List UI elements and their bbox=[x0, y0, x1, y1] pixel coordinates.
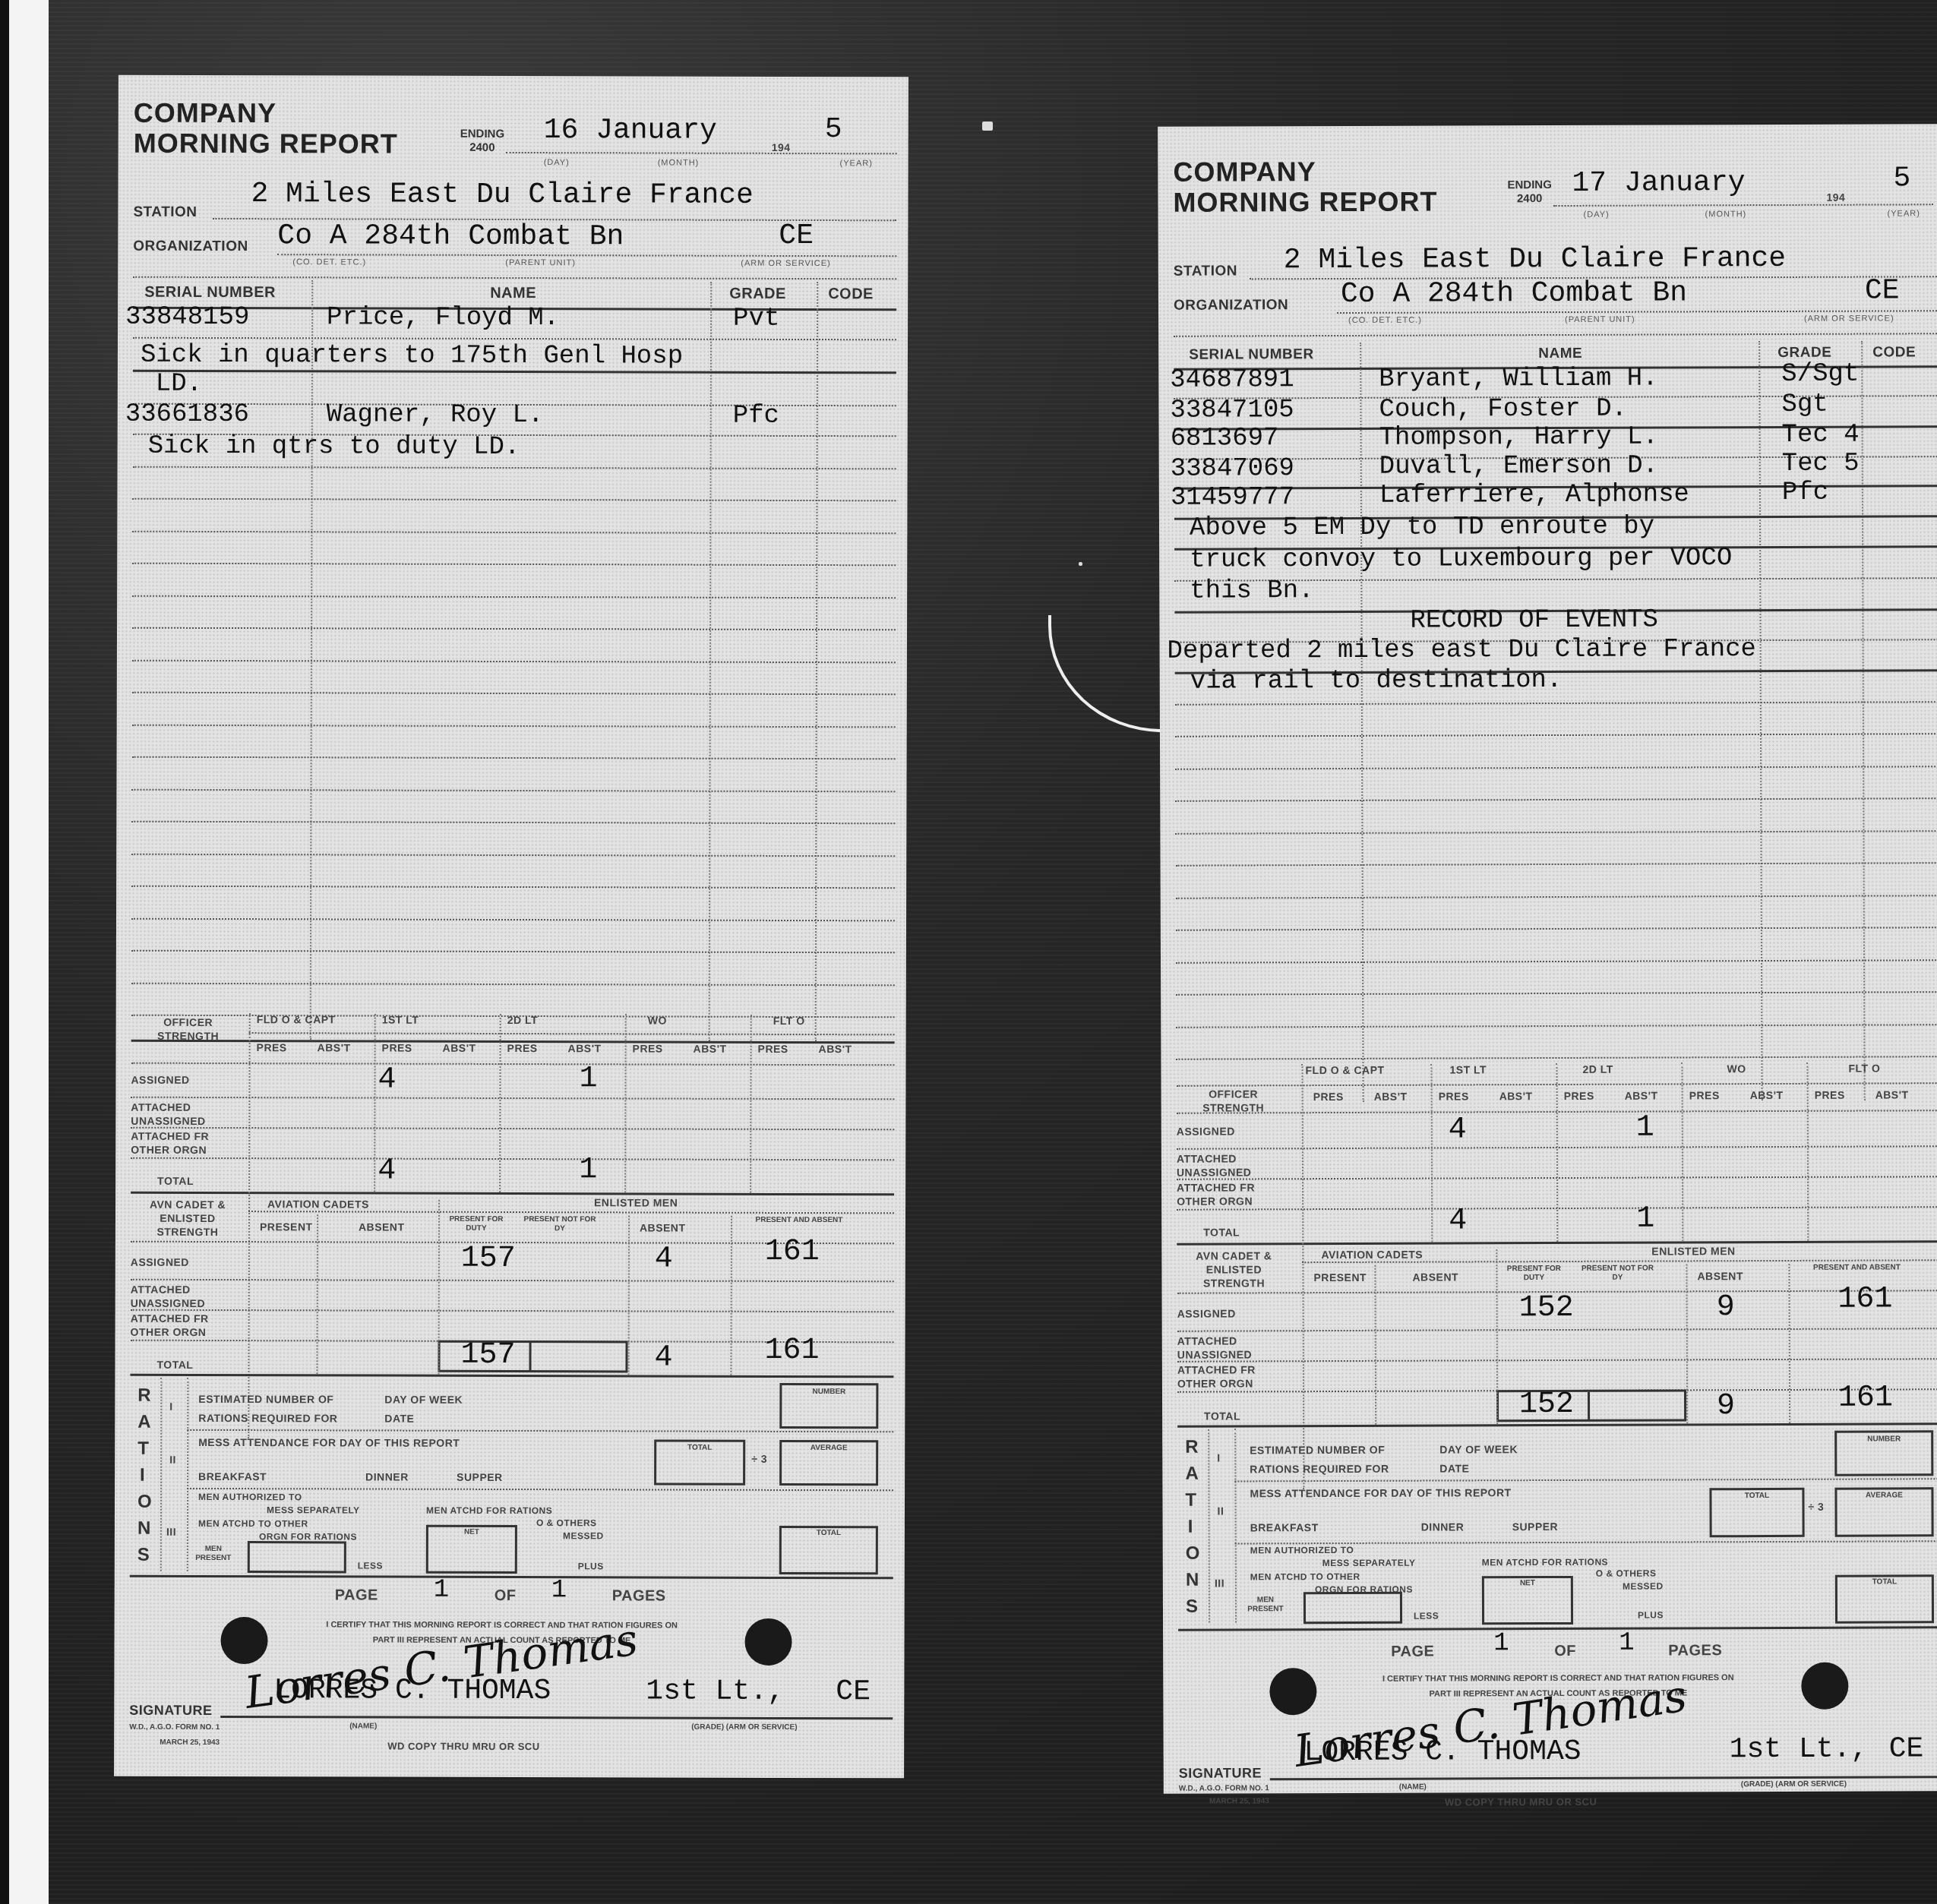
officer-strength-label: OFFICER STRENGTH bbox=[135, 1015, 242, 1043]
section-rule bbox=[131, 1192, 894, 1196]
aviation-cadets-header: AVIATION CADETS bbox=[267, 1198, 369, 1210]
ruled-line bbox=[131, 1097, 894, 1100]
present-for-duty-header: PRESENT FOR DUTY bbox=[1496, 1265, 1572, 1283]
total-absent: 9 bbox=[1717, 1389, 1735, 1423]
scan-edge-white bbox=[9, 0, 49, 1904]
year-digit: 5 bbox=[1893, 162, 1910, 194]
organization-value: Co A 284th Combat Bn bbox=[277, 219, 624, 253]
col-divider bbox=[160, 1378, 163, 1571]
ruled-line bbox=[131, 983, 895, 987]
rations-letter: T bbox=[137, 1438, 149, 1460]
group-1st-lt: 1ST LT bbox=[1449, 1063, 1487, 1075]
rations-letter: S bbox=[1186, 1596, 1198, 1618]
number-label: NUMBER bbox=[783, 1388, 874, 1397]
col-divider bbox=[1758, 341, 1762, 1100]
total-2d-lt-abst: 1 bbox=[1636, 1202, 1654, 1236]
ending-time: 2400 bbox=[1507, 192, 1551, 206]
ruled-line bbox=[131, 1157, 894, 1161]
ruled-line bbox=[133, 370, 896, 374]
entry-grade: Pfc bbox=[733, 402, 779, 431]
row-attached-other-orgn: ATTACHED FR OTHER ORGN bbox=[131, 1129, 245, 1157]
group-flt-o: FLT O bbox=[1848, 1063, 1880, 1075]
sub-abst: ABS'T bbox=[568, 1042, 602, 1054]
assigned-present-for-duty: 152 bbox=[1519, 1291, 1574, 1325]
title-line-2: MORNING REPORT bbox=[1173, 187, 1437, 218]
signer-grade: 1st Lt., bbox=[1730, 1733, 1869, 1767]
organization-value: Co A 284th Combat Bn bbox=[1341, 276, 1687, 311]
col-grade: GRADE bbox=[729, 286, 786, 303]
ruled-line bbox=[187, 1488, 893, 1491]
col-name: NAME bbox=[1538, 346, 1582, 362]
messed-label: MESSED bbox=[1623, 1581, 1664, 1592]
box-divider bbox=[1588, 1392, 1590, 1421]
col-divider bbox=[187, 1378, 189, 1571]
sub-abst: ABS'T bbox=[318, 1041, 351, 1053]
sub-pres: PRES bbox=[633, 1042, 663, 1054]
box-divider bbox=[529, 1343, 531, 1372]
ruled-line bbox=[1176, 991, 1937, 996]
caption-year: (YEAR) bbox=[1888, 209, 1920, 218]
signer-arm: CE bbox=[1889, 1732, 1924, 1765]
men-present-box[interactable] bbox=[248, 1541, 346, 1573]
col-grade: GRADE bbox=[1777, 345, 1831, 362]
average-label: AVERAGE bbox=[783, 1444, 874, 1453]
copy-note: WD COPY THRU MRU OR SCU bbox=[1445, 1796, 1597, 1808]
total-present-for-duty: 152 bbox=[1519, 1388, 1574, 1422]
date-line bbox=[1553, 204, 1933, 207]
sub-abst: ABS'T bbox=[1499, 1090, 1533, 1102]
supper-label: SUPPER bbox=[1512, 1520, 1559, 1533]
day-of-week-label: DAY OF WEEK bbox=[1439, 1443, 1518, 1455]
rations-letter: I bbox=[140, 1465, 145, 1486]
row-assigned: ASSIGNED bbox=[131, 1256, 189, 1268]
assigned-1st-lt-pres: 4 bbox=[378, 1063, 396, 1097]
ruled-line bbox=[132, 563, 896, 567]
col-serial-number: SERIAL NUMBER bbox=[1189, 346, 1314, 364]
rations-letter: S bbox=[137, 1545, 150, 1566]
ruled-line bbox=[133, 337, 896, 341]
less-label: LESS bbox=[1414, 1611, 1439, 1621]
col-divider bbox=[1556, 1063, 1558, 1242]
ruled-line bbox=[131, 886, 895, 889]
entry-remark: Above 5 EM Dy to TD enroute by bbox=[1190, 513, 1654, 543]
organization-label: ORGANIZATION bbox=[133, 238, 248, 255]
caption-co: (CO. DET. ETC.) bbox=[292, 257, 366, 267]
caption-day: (DAY) bbox=[544, 158, 570, 167]
station-value: 2 Miles East Du Claire France bbox=[1284, 242, 1786, 276]
dust-speck bbox=[982, 122, 993, 131]
entry-grade: Tec 5 bbox=[1782, 450, 1860, 478]
signature-label: SIGNATURE bbox=[129, 1703, 212, 1719]
ruled-line bbox=[131, 918, 895, 922]
entry-name: Couch, Foster D. bbox=[1379, 395, 1627, 425]
year-prefix: 194 bbox=[1826, 191, 1845, 204]
sub-abst: ABS'T bbox=[1750, 1089, 1784, 1101]
entry-remark: this Bn. bbox=[1190, 576, 1313, 606]
col-divider bbox=[499, 1014, 501, 1192]
plus-label: PLUS bbox=[578, 1561, 604, 1571]
assigned-absent: 9 bbox=[1717, 1290, 1735, 1325]
organization-label: ORGANIZATION bbox=[1174, 297, 1288, 314]
total-label: TOTAL bbox=[658, 1444, 741, 1453]
col-divider bbox=[627, 1215, 630, 1375]
entry-name: Wagner, Roy L. bbox=[327, 400, 544, 430]
group-fld-o-capt: FLD O & CAPT bbox=[1305, 1064, 1384, 1076]
total-present-and-absent: 161 bbox=[764, 1334, 819, 1368]
men-atchd-other-label: MEN ATCHD TO OTHER bbox=[1250, 1571, 1360, 1583]
group-2d-lt: 2D LT bbox=[1582, 1063, 1613, 1075]
net-label: NET bbox=[1486, 1579, 1569, 1588]
group-1st-lt: 1ST LT bbox=[382, 1014, 419, 1026]
ruled-line bbox=[187, 1429, 893, 1432]
assigned-absent: 4 bbox=[655, 1242, 673, 1276]
of-label: OF bbox=[1554, 1643, 1576, 1660]
ending-label: ENDING 2400 bbox=[460, 128, 504, 155]
grade-caption: (GRADE) (ARM OR SERVICE) bbox=[691, 1723, 797, 1732]
caption-co: (CO. DET. ETC.) bbox=[1348, 316, 1422, 325]
assigned-present-for-duty: 157 bbox=[461, 1242, 516, 1276]
plus-label: PLUS bbox=[1638, 1610, 1664, 1621]
entry-grade: Tec 4 bbox=[1782, 421, 1860, 450]
present-and-absent-header: PRESENT AND ABSENT bbox=[754, 1216, 845, 1225]
entry-serial: 34687891 bbox=[1170, 365, 1294, 395]
signature-line bbox=[220, 1716, 893, 1719]
col-divider bbox=[750, 1015, 752, 1193]
form-title: COMPANY MORNING REPORT bbox=[1173, 156, 1437, 218]
ruled-line bbox=[1176, 862, 1937, 867]
pages-label: PAGES bbox=[1668, 1642, 1722, 1659]
ruled-line bbox=[131, 1279, 894, 1283]
assigned-present-and-absent: 161 bbox=[765, 1235, 820, 1269]
average-label: AVERAGE bbox=[1838, 1491, 1929, 1500]
rations-letter: R bbox=[137, 1385, 150, 1407]
cadets-absent: ABSENT bbox=[1412, 1271, 1458, 1283]
ruled-line bbox=[1176, 927, 1937, 931]
sub-abst: ABS'T bbox=[1625, 1090, 1658, 1102]
signer-arm: CE bbox=[836, 1675, 871, 1708]
page-label: PAGE bbox=[1391, 1644, 1434, 1661]
page-number: 1 bbox=[1493, 1629, 1509, 1658]
entry-name: Laferriere, Alphonse bbox=[1379, 480, 1689, 510]
present-for-duty-header: PRESENT FOR DUTY bbox=[438, 1215, 514, 1233]
caption-arm: (ARM OR SERVICE) bbox=[1804, 314, 1894, 323]
sub-abst: ABS'T bbox=[1875, 1088, 1909, 1100]
form-date: MARCH 25, 1943 bbox=[160, 1738, 220, 1748]
punch-hole bbox=[1801, 1662, 1848, 1710]
ending-text: ENDING bbox=[1507, 178, 1551, 192]
assigned-present-and-absent: 161 bbox=[1837, 1282, 1892, 1316]
men-authorized-label: MEN AUTHORIZED TO bbox=[1250, 1545, 1354, 1555]
breakfast-label: BREAKFAST bbox=[198, 1470, 267, 1482]
row-attached-other-orgn: ATTACHED FR OTHER ORGN bbox=[131, 1312, 245, 1339]
col-divider bbox=[1430, 1064, 1433, 1242]
punch-hole bbox=[220, 1617, 267, 1664]
rations-letter: N bbox=[1186, 1570, 1199, 1591]
o-others-label: O & OTHERS bbox=[536, 1517, 597, 1528]
caption-parent: (PARENT UNIT) bbox=[505, 258, 576, 267]
sub-abst: ABS'T bbox=[819, 1043, 852, 1055]
sub-pres: PRES bbox=[1689, 1089, 1720, 1101]
rations-letter: A bbox=[137, 1412, 150, 1433]
col-divider bbox=[1374, 1265, 1376, 1425]
form-date: MARCH 25, 1943 bbox=[1209, 1797, 1269, 1806]
ruled-line bbox=[132, 660, 896, 664]
of-label: OF bbox=[495, 1587, 517, 1605]
ruled-line bbox=[131, 950, 895, 954]
ruled-line bbox=[1234, 1478, 1937, 1482]
rations-letter: N bbox=[137, 1518, 150, 1539]
entry-serial: 33847105 bbox=[1170, 396, 1294, 425]
pages-number: 1 bbox=[551, 1576, 567, 1605]
row-total: TOTAL bbox=[1203, 1226, 1240, 1238]
col-divider bbox=[1360, 343, 1363, 1102]
col-divider bbox=[1681, 1063, 1683, 1241]
ruled-line bbox=[132, 756, 896, 760]
row-attached-other-orgn: ATTACHED FR OTHER ORGN bbox=[1177, 1362, 1291, 1391]
present-and-absent-header: PRESENT AND ABSENT bbox=[1811, 1263, 1902, 1272]
col-divider bbox=[316, 1214, 318, 1374]
total-1st-lt-pres: 4 bbox=[1449, 1204, 1467, 1238]
group-2d-lt: 2D LT bbox=[507, 1014, 538, 1026]
organization-line bbox=[277, 254, 896, 257]
men-present-label: MEN PRESENT bbox=[1243, 1596, 1288, 1614]
section-iii: III bbox=[1215, 1577, 1224, 1590]
signer-name: LORRES C. THOMAS bbox=[1304, 1735, 1582, 1769]
event-remark: via rail to destination. bbox=[1190, 666, 1563, 696]
enlisted-strength-label: AVN CADET & ENLISTED STRENGTH bbox=[1180, 1249, 1287, 1290]
row-attached-unassigned: ATTACHED UNASSIGNED bbox=[1177, 1334, 1284, 1361]
estimated-label: ESTIMATED NUMBER OF bbox=[1250, 1444, 1385, 1457]
section-i: I bbox=[169, 1400, 172, 1413]
arm-or-service-value: CE bbox=[779, 219, 814, 252]
page-number: 1 bbox=[434, 1576, 450, 1605]
group-wo: WO bbox=[648, 1014, 667, 1026]
copy-note: WD COPY THRU MRU OR SCU bbox=[387, 1741, 540, 1753]
morning-report-jan-16: COMPANY MORNING REPORT ENDING 2400 16 Ja… bbox=[114, 75, 908, 1779]
event-remark: Departed 2 miles east Du Claire France bbox=[1168, 635, 1756, 666]
ruled-line bbox=[133, 466, 896, 470]
sub-pres: PRES bbox=[507, 1042, 538, 1054]
entry-remark: LD. bbox=[156, 370, 202, 399]
entry-serial: 33848159 bbox=[125, 303, 249, 332]
dinner-label: DINNER bbox=[365, 1471, 409, 1483]
mess-attendance-label: MESS ATTENDANCE FOR DAY OF THIS REPORT bbox=[198, 1436, 460, 1449]
row-total: TOTAL bbox=[157, 1175, 194, 1187]
enlisted-strength-label: AVN CADET & ENLISTED STRENGTH bbox=[134, 1198, 241, 1239]
group-fld-o-capt: FLD O & CAPT bbox=[257, 1013, 336, 1025]
caption-day: (DAY) bbox=[1584, 210, 1610, 219]
ruled-line bbox=[1176, 1024, 1937, 1028]
col-divider bbox=[730, 1216, 732, 1375]
form-title: COMPANY MORNING REPORT bbox=[134, 98, 398, 159]
scan-edge-black bbox=[0, 0, 9, 1904]
arm-or-service-value: CE bbox=[1865, 274, 1900, 307]
less-label: LESS bbox=[358, 1560, 383, 1571]
entry-name: Bryant, William H. bbox=[1379, 365, 1657, 394]
signer-grade: 1st Lt., bbox=[646, 1675, 785, 1707]
station-value: 2 Miles East Du Claire France bbox=[251, 178, 753, 212]
rations-letter: R bbox=[1185, 1437, 1198, 1458]
sub-pres: PRES bbox=[758, 1043, 788, 1055]
divide-by-3: ÷ 3 bbox=[1808, 1501, 1824, 1513]
caption-month: (MONTH) bbox=[1705, 210, 1747, 219]
ruled-line bbox=[131, 821, 895, 825]
total-absent: 4 bbox=[654, 1340, 672, 1375]
ruled-line bbox=[132, 692, 896, 696]
col-name: NAME bbox=[490, 285, 536, 302]
section-i: I bbox=[1217, 1452, 1220, 1464]
entry-remark: Sick in quarters to 175th Genl Hosp bbox=[141, 341, 683, 371]
rations-letter: O bbox=[1186, 1543, 1200, 1565]
estimated-label: ESTIMATED NUMBER OF bbox=[198, 1393, 333, 1405]
ruled-line bbox=[1177, 1358, 1937, 1362]
ruled-line bbox=[131, 1127, 894, 1131]
entry-grade: Pfc bbox=[1782, 478, 1828, 507]
caption-arm: (ARM OR SERVICE) bbox=[741, 259, 831, 268]
ruled-line bbox=[1175, 701, 1937, 706]
rations-letter: T bbox=[1185, 1490, 1196, 1511]
caption-year: (YEAR) bbox=[840, 159, 873, 168]
present-not-for-dy-header: PRESENT NOT FOR DY bbox=[1579, 1265, 1655, 1283]
aviation-cadets-header: AVIATION CADETS bbox=[1321, 1249, 1423, 1261]
col-divider bbox=[624, 1014, 627, 1192]
entry-remark: truck convoy to Luxembourg per VOCO bbox=[1190, 544, 1732, 574]
total-rations-label: TOTAL bbox=[1839, 1577, 1930, 1587]
col-code: CODE bbox=[1872, 344, 1916, 361]
col-serial-number: SERIAL NUMBER bbox=[144, 284, 276, 302]
required-label: RATIONS REQUIRED FOR bbox=[1250, 1463, 1389, 1476]
section-ii: II bbox=[1218, 1505, 1224, 1517]
ruled-line bbox=[249, 1032, 895, 1035]
row-total: TOTAL bbox=[156, 1359, 193, 1371]
row-attached-unassigned: ATTACHED UNASSIGNED bbox=[131, 1100, 237, 1128]
title-line-1: COMPANY bbox=[134, 98, 398, 129]
col-divider bbox=[1234, 1429, 1237, 1622]
sub-pres: PRES bbox=[1313, 1091, 1344, 1103]
section-rule bbox=[130, 1374, 893, 1378]
mess-separately-label: MESS SEPARATELY bbox=[267, 1505, 360, 1515]
cadets-present: PRESENT bbox=[1313, 1271, 1367, 1284]
breakfast-label: BREAKFAST bbox=[1250, 1521, 1319, 1533]
entry-serial: 31459777 bbox=[1171, 483, 1294, 513]
col-divider bbox=[1861, 341, 1865, 1100]
section-ii: II bbox=[169, 1454, 176, 1466]
ruled-line bbox=[1177, 1328, 1937, 1332]
morning-report-jan-17: COMPANY MORNING REPORT ENDING 2400 17 Ja… bbox=[1158, 124, 1937, 1794]
punch-hole bbox=[744, 1618, 792, 1666]
name-caption: (NAME) bbox=[1399, 1783, 1427, 1792]
ruled-line bbox=[1175, 733, 1937, 737]
mess-attendance-label: MESS ATTENDANCE FOR DAY OF THIS REPORT bbox=[1250, 1486, 1511, 1499]
row-assigned: ASSIGNED bbox=[131, 1074, 189, 1086]
report-date: 16 January bbox=[544, 114, 717, 147]
col-divider bbox=[374, 1014, 376, 1192]
row-assigned: ASSIGNED bbox=[1177, 1307, 1236, 1319]
ending-label: ENDING 2400 bbox=[1507, 178, 1551, 206]
total-label: TOTAL bbox=[1713, 1492, 1800, 1501]
organization-line bbox=[1337, 310, 1937, 314]
rations-letter: A bbox=[1185, 1464, 1198, 1485]
ruled-line bbox=[132, 498, 896, 502]
sub-pres: PRES bbox=[1815, 1089, 1845, 1101]
caption-month: (MONTH) bbox=[658, 159, 700, 168]
ruled-line bbox=[131, 854, 895, 857]
ruled-line bbox=[132, 531, 896, 535]
men-atchd-for-label: MEN ATCHD FOR RATIONS bbox=[1482, 1557, 1608, 1568]
entry-name: Thompson, Harry L. bbox=[1379, 423, 1658, 453]
date-line bbox=[506, 152, 897, 154]
date-label: DATE bbox=[1439, 1462, 1469, 1474]
cadets-present: PRESENT bbox=[260, 1220, 313, 1233]
enlisted-men-header: ENLISTED MEN bbox=[594, 1196, 678, 1208]
sub-pres: PRES bbox=[257, 1041, 287, 1053]
sub-abst: ABS'T bbox=[443, 1042, 476, 1054]
col-divider bbox=[1686, 1264, 1688, 1423]
sub-pres: PRES bbox=[1439, 1090, 1469, 1102]
total-present-and-absent: 161 bbox=[1838, 1381, 1893, 1415]
rations-letter: I bbox=[1188, 1517, 1193, 1538]
supper-label: SUPPER bbox=[457, 1471, 503, 1483]
row-attached-unassigned: ATTACHED UNASSIGNED bbox=[1177, 1151, 1283, 1179]
title-line-2: MORNING REPORT bbox=[134, 128, 398, 159]
section-rule bbox=[1178, 1626, 1937, 1631]
signature-label: SIGNATURE bbox=[1179, 1765, 1262, 1781]
ruled-line bbox=[1175, 830, 1937, 835]
section-rule bbox=[1177, 1422, 1937, 1428]
required-label: RATIONS REQUIRED FOR bbox=[198, 1412, 337, 1424]
men-authorized-label: MEN AUTHORIZED TO bbox=[198, 1492, 302, 1502]
cadets-absent: ABSENT bbox=[359, 1220, 405, 1233]
present-not-for-dy-header: PRESENT NOT FOR DY bbox=[522, 1215, 598, 1233]
ruled-line bbox=[1175, 797, 1937, 802]
entry-name: Duvall, Emerson D. bbox=[1379, 452, 1658, 482]
total-2d-lt-abst: 1 bbox=[579, 1153, 597, 1187]
section-iii: III bbox=[166, 1526, 176, 1538]
entry-grade: S/Sgt bbox=[1781, 360, 1859, 389]
date-label: DATE bbox=[384, 1413, 414, 1425]
dinner-label: DINNER bbox=[1421, 1520, 1465, 1533]
form-number: W.D., A.G.O. FORM NO. 1 bbox=[1179, 1784, 1269, 1793]
entry-remark: Sick in qtrs to duty LD. bbox=[148, 432, 520, 462]
men-atchd-for-label: MEN ATCHD FOR RATIONS bbox=[426, 1505, 552, 1516]
section-rule bbox=[130, 1575, 893, 1580]
sub-abst: ABS'T bbox=[694, 1043, 727, 1055]
entry-grade: Pvt bbox=[733, 305, 779, 333]
number-label: NUMBER bbox=[1838, 1435, 1929, 1444]
sub-pres: PRES bbox=[1564, 1090, 1594, 1102]
year-digit: 5 bbox=[825, 113, 842, 146]
entry-grade: Sgt bbox=[1781, 390, 1828, 419]
total-present-for-duty: 157 bbox=[460, 1338, 515, 1372]
year-prefix: 194 bbox=[772, 141, 791, 153]
record-of-events-heading: RECORD OF EVENTS bbox=[1410, 606, 1658, 636]
men-present-box[interactable] bbox=[1303, 1592, 1402, 1624]
name-caption: (NAME) bbox=[349, 1722, 377, 1731]
group-flt-o: FLT O bbox=[773, 1015, 805, 1027]
ruled-line bbox=[131, 789, 895, 793]
ruled-line bbox=[132, 627, 896, 631]
pages-number: 1 bbox=[1619, 1629, 1635, 1658]
men-present-label: MEN PRESENT bbox=[191, 1545, 236, 1563]
col-divider bbox=[1788, 1264, 1790, 1423]
grade-caption: (GRADE) (ARM OR SERVICE) bbox=[1741, 1780, 1847, 1789]
divider bbox=[133, 276, 896, 280]
o-others-label: O & OTHERS bbox=[1596, 1568, 1657, 1579]
total-rations-label: TOTAL bbox=[783, 1529, 874, 1538]
row-total: TOTAL bbox=[1204, 1410, 1240, 1422]
group-wo: WO bbox=[1727, 1063, 1746, 1075]
ending-text: ENDING bbox=[460, 128, 504, 141]
